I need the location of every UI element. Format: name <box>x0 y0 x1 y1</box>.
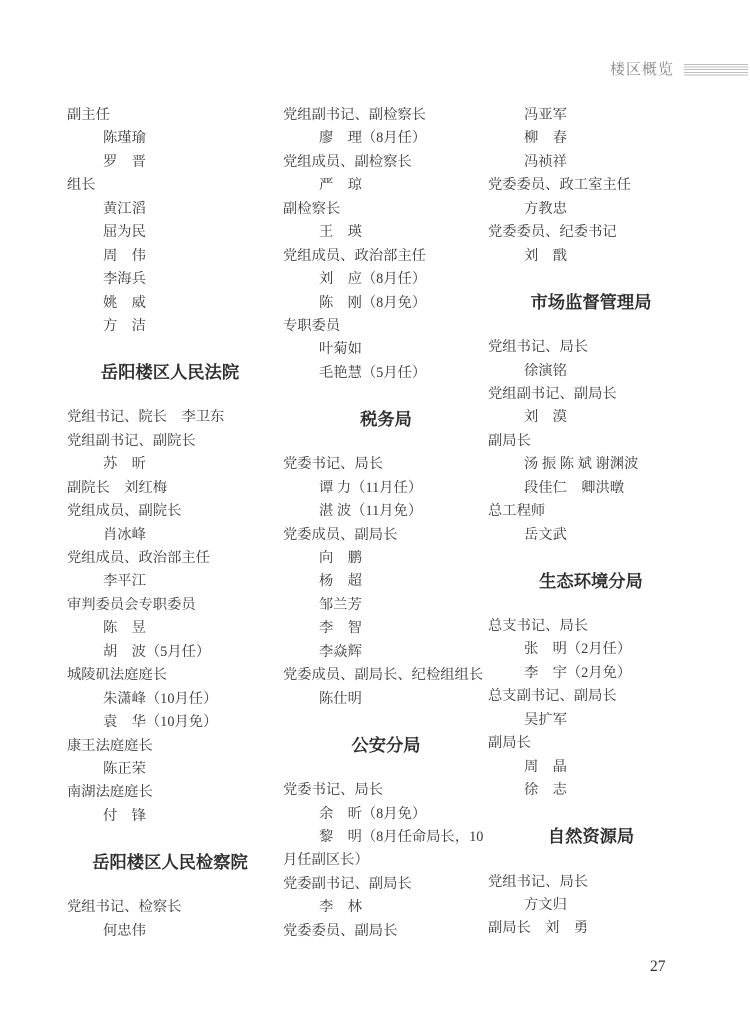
person-name: 徐 志 <box>488 779 694 802</box>
person-name: 肖冰峰 <box>67 524 273 547</box>
person-name: 姚 威 <box>67 292 273 315</box>
person-name: 吴扩军 <box>488 709 694 732</box>
person-name: 黄江滔 <box>67 198 273 221</box>
person-name: 李焱辉 <box>283 641 489 664</box>
directory-column-2: 党组副书记、副检察长廖 理（8月任）党组成员、副检察长严 琼副检察长王 瑛党组成… <box>283 104 489 943</box>
position-label: 党组副书记、副局长 <box>488 383 694 406</box>
person-name: 陈瑾瑜 <box>67 127 273 150</box>
person-name: 柳 春 <box>488 127 694 150</box>
position-label: 党组副书记、副检察长 <box>283 104 489 127</box>
person-name: 邹兰芳 <box>283 594 489 617</box>
position-label: 副局长 <box>488 732 694 755</box>
person-name: 苏 昕 <box>67 453 273 476</box>
page-number: 27 <box>650 957 666 977</box>
section-heading: 税务局 <box>283 407 489 432</box>
person-name: 余 昕（8月免） <box>283 803 489 826</box>
position-label: 党组成员、副院长 <box>67 500 273 523</box>
person-name: 徐演铭 <box>488 360 694 383</box>
directory-column-3: 冯亚军柳 春冯祯祥党委委员、政工室主任方教忠党委委员、纪委书记刘 戬市场监督管理… <box>488 104 694 941</box>
person-name: 汤 振 陈 斌 谢渊波 <box>488 453 694 476</box>
position-label: 副检察长 <box>283 198 489 221</box>
person-name: 向 鹏 <box>283 547 489 570</box>
person-name: 陈 昱 <box>67 617 273 640</box>
running-head-label: 楼区概览 <box>610 61 674 79</box>
document-page: 楼区概览 副主任陈瑾瑜罗 晋组长黄江滔屈为民周 伟李海兵姚 威方 洁岳阳楼区人民… <box>0 0 750 1024</box>
person-name: 胡 波（5月任） <box>67 641 273 664</box>
position-label: 副主任 <box>67 104 273 127</box>
person-name: 李平江 <box>67 570 273 593</box>
position-label: 党委书记、局长 <box>283 779 489 802</box>
position-label: 党组成员、副检察长 <box>283 151 489 174</box>
section-heading: 市场监督管理局 <box>488 290 694 315</box>
position-label: 党委成员、副局长 <box>283 524 489 547</box>
person-name: 廖 理（8月任） <box>283 127 489 150</box>
person-name: 段佳仁 卿洪暾 <box>488 477 694 500</box>
person-name: 王 瑛 <box>283 221 489 244</box>
position-label: 党委书记、局长 <box>283 453 489 476</box>
person-name: 岳文武 <box>488 524 694 547</box>
person-name: 叶菊如 <box>283 338 489 361</box>
person-name: 张 明（2月任） <box>488 638 694 661</box>
position-label: 专职委员 <box>283 315 489 338</box>
position-label: 党组书记、局长 <box>488 336 694 359</box>
position-label: 审判委员会专职委员 <box>67 594 273 617</box>
position-label: 总支副书记、副局长 <box>488 685 694 708</box>
person-name: 冯祯祥 <box>488 151 694 174</box>
position-label: 党组副书记、副院长 <box>67 430 273 453</box>
position-label: 组长 <box>67 174 273 197</box>
person-name: 周 伟 <box>67 245 273 268</box>
section-heading: 岳阳楼区人民检察院 <box>67 850 273 875</box>
person-name: 李 林 <box>283 896 489 919</box>
position-label: 党委副书记、副局长 <box>283 873 489 896</box>
position-label: 城陵矶法庭庭长 <box>67 664 273 687</box>
person-name: 陈仕明 <box>283 688 489 711</box>
position-label: 副院长 刘红梅 <box>67 477 273 500</box>
person-name: 毛艳慧（5月任） <box>283 362 489 385</box>
person-name: 陈正荣 <box>67 758 273 781</box>
person-name: 周 晶 <box>488 756 694 779</box>
person-name: 湛 波（11月免） <box>283 500 489 523</box>
person-name: 方教忠 <box>488 198 694 221</box>
person-name: 付 锋 <box>67 805 273 828</box>
person-name: 严 琼 <box>283 174 489 197</box>
person-name: 罗 晋 <box>67 151 273 174</box>
position-label: 党委成员、副局长、纪检组组长 <box>283 664 489 687</box>
person-name: 谭 力（11月任） <box>283 477 489 500</box>
section-heading: 生态环境分局 <box>488 569 694 594</box>
position-label: 副局长 刘 勇 <box>488 917 694 940</box>
person-name: 李海兵 <box>67 268 273 291</box>
position-label: 南湖法庭庭长 <box>67 781 273 804</box>
running-head: 楼区概览 <box>610 61 748 79</box>
position-label: 党组书记、局长 <box>488 871 694 894</box>
position-label: 副局长 <box>488 430 694 453</box>
person-name: 袁 华（10月免） <box>67 711 273 734</box>
person-name: 冯亚军 <box>488 104 694 127</box>
header-rule-lines-icon <box>684 64 748 77</box>
person-name: 屈为民 <box>67 221 273 244</box>
person-name: 朱潇峰（10月任） <box>67 688 273 711</box>
person-name: 刘 应（8月任） <box>283 268 489 291</box>
section-heading: 岳阳楼区人民法院 <box>67 360 273 385</box>
position-label: 总支书记、局长 <box>488 615 694 638</box>
person-name: 杨 超 <box>283 570 489 593</box>
position-label: 党组成员、政治部主任 <box>283 245 489 268</box>
person-name: 李 智 <box>283 617 489 640</box>
person-name: 李 宇（2月免） <box>488 662 694 685</box>
person-name: 何忠伟 <box>67 920 273 943</box>
person-name: 方 洁 <box>67 315 273 338</box>
position-label: 党组书记、院长 李卫东 <box>67 406 273 429</box>
directory-column-1: 副主任陈瑾瑜罗 晋组长黄江滔屈为民周 伟李海兵姚 威方 洁岳阳楼区人民法院党组书… <box>67 104 273 943</box>
section-heading: 自然资源局 <box>488 824 694 849</box>
position-label: 党组书记、检察长 <box>67 896 273 919</box>
wrapped-line: 月任副区长） <box>283 849 489 872</box>
person-name: 陈 刚（8月免） <box>283 292 489 315</box>
position-label: 康王法庭庭长 <box>67 735 273 758</box>
position-label: 党委委员、纪委书记 <box>488 221 694 244</box>
person-name: 刘 漠 <box>488 406 694 429</box>
position-label: 党委委员、政工室主任 <box>488 174 694 197</box>
person-name: 刘 戬 <box>488 245 694 268</box>
person-name: 黎 明（8月任命局长，10 <box>283 826 489 849</box>
person-name: 方文归 <box>488 894 694 917</box>
position-label: 总工程师 <box>488 500 694 523</box>
position-label: 党组成员、政治部主任 <box>67 547 273 570</box>
section-heading: 公安分局 <box>283 733 489 758</box>
position-label: 党委委员、副局长 <box>283 920 489 943</box>
